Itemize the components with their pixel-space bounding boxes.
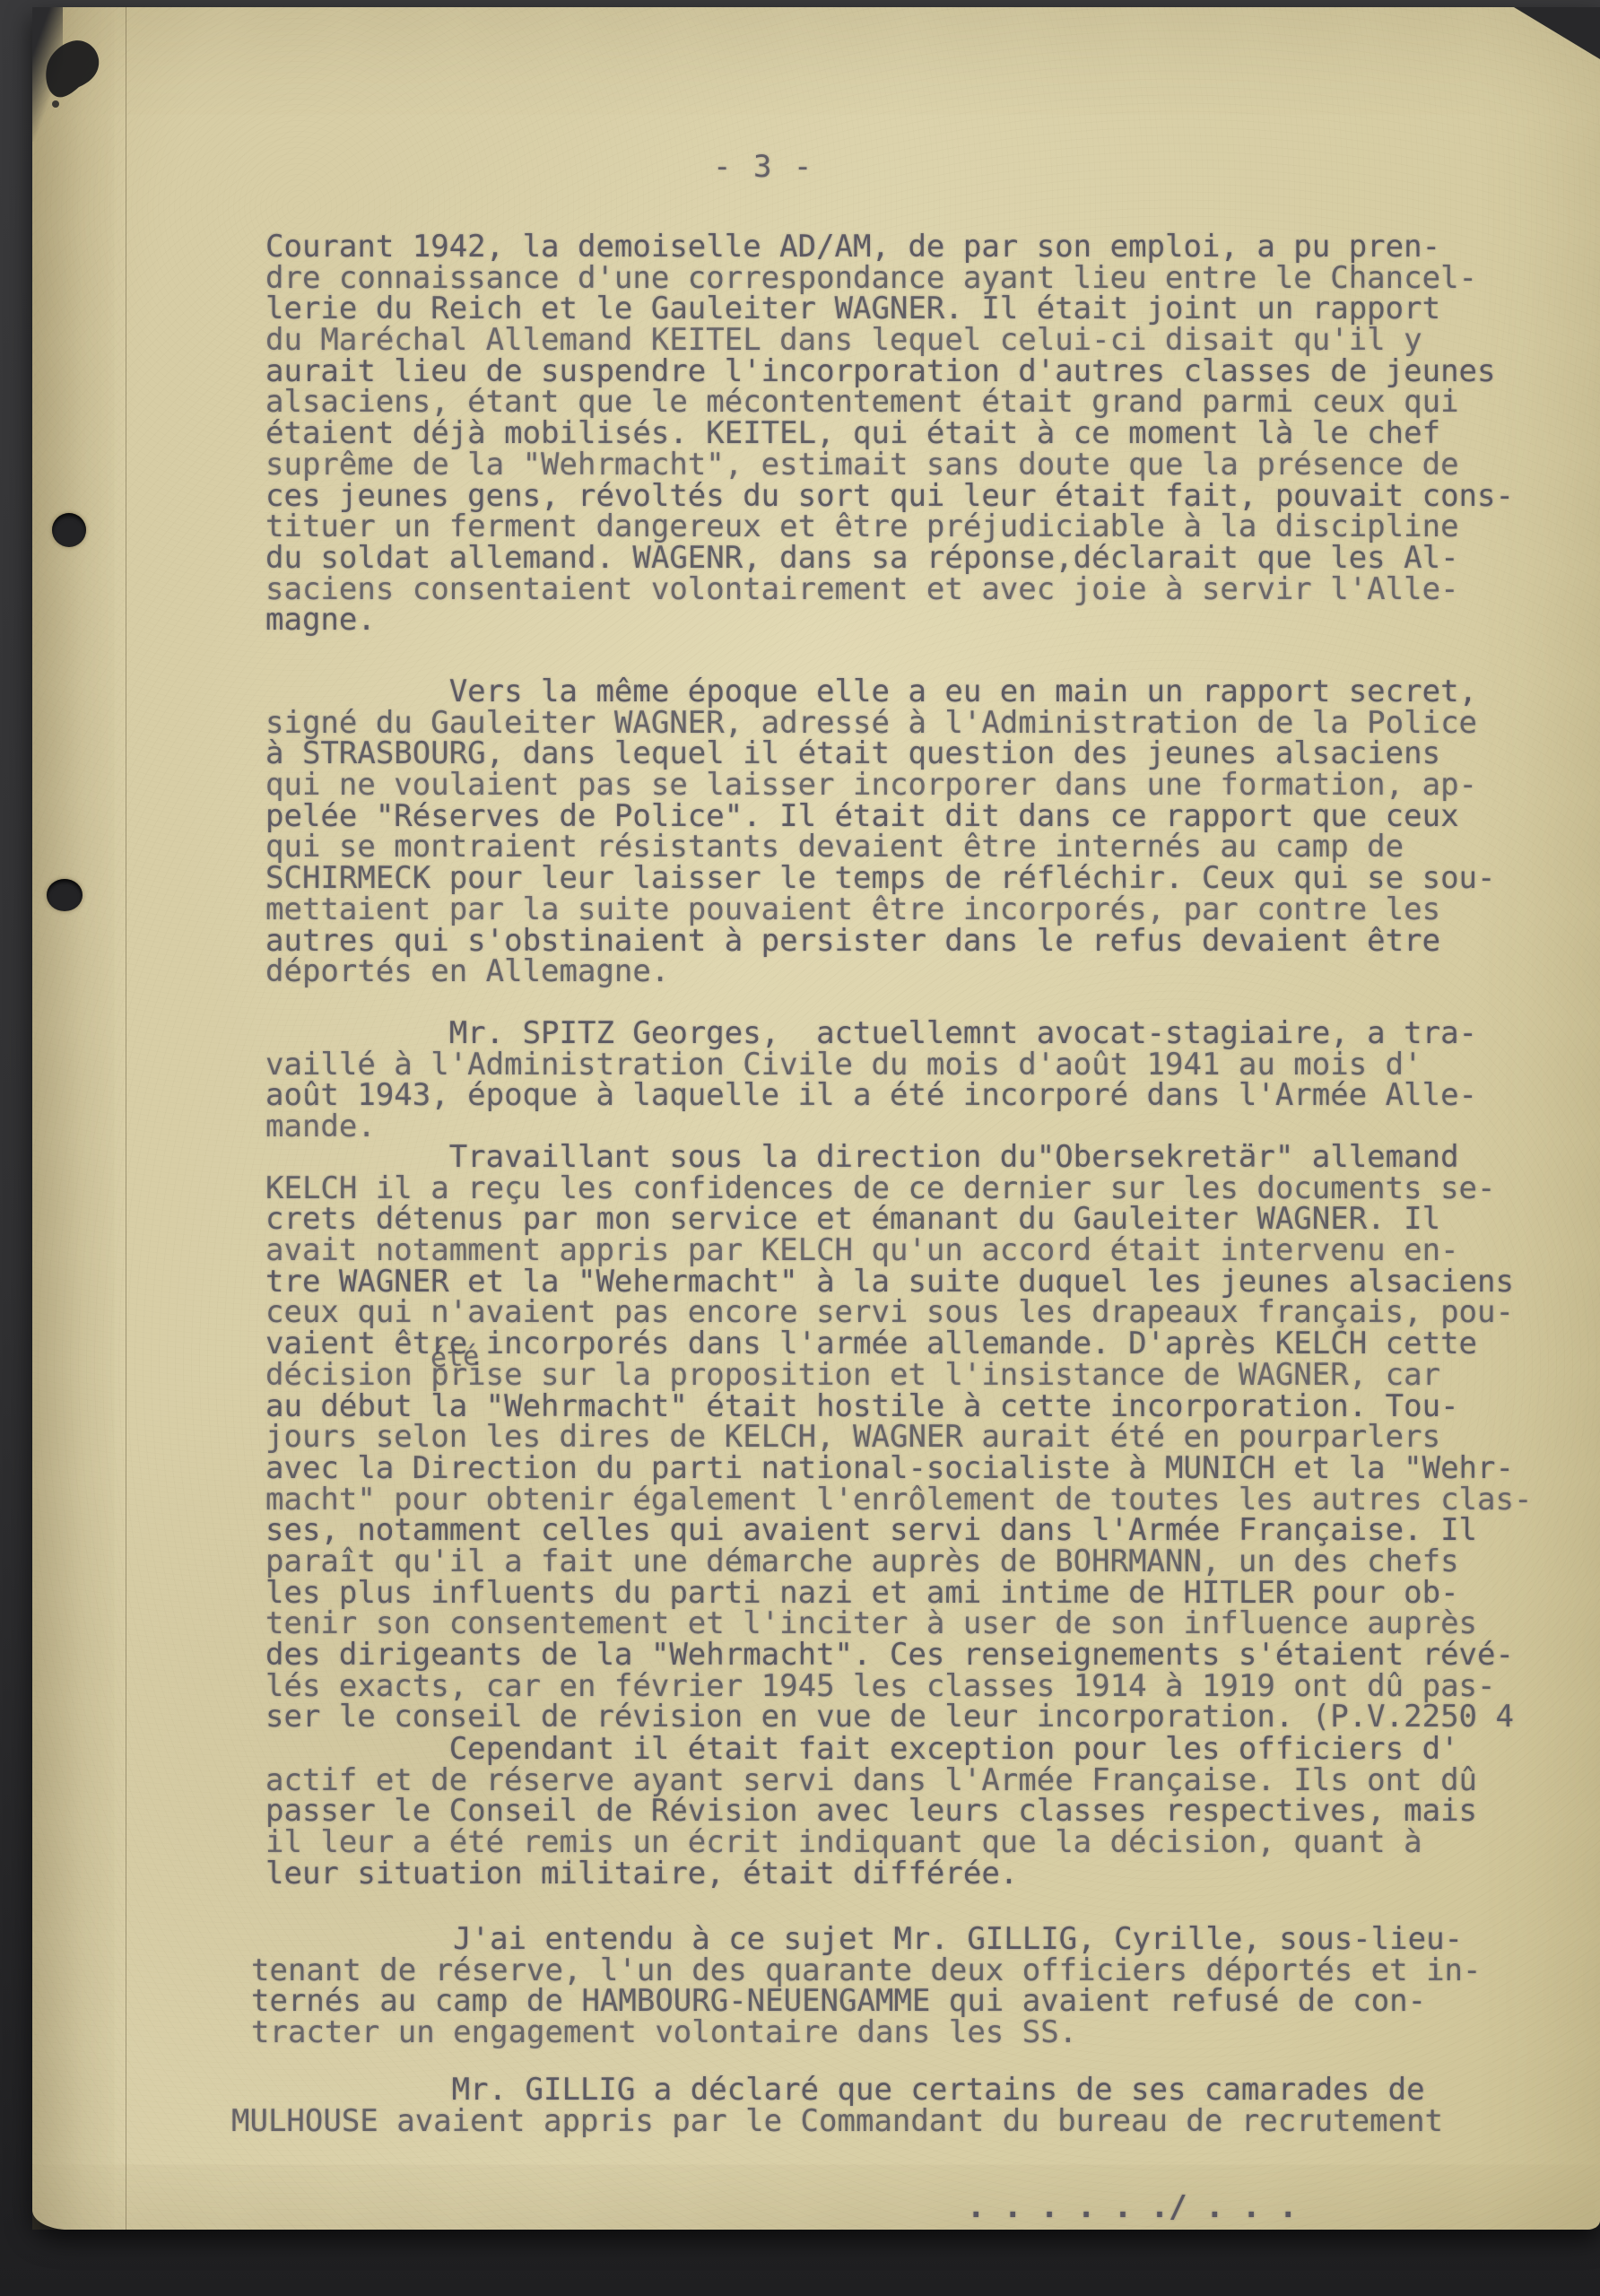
typewritten-text: - 3 - Courant 1942, la demoiselle AD/AM,… (32, 7, 1600, 2230)
text-line: déportés en Allemagne. (265, 956, 1495, 987)
paragraph-3: Mr. SPITZ Georges, actuellemnt avocat-st… (265, 1018, 1477, 1143)
text-line: mettaient par la suite pouvaient être in… (265, 894, 1495, 926)
text-line: qui ne voulaient pas se laisser incorpor… (265, 770, 1495, 801)
text-line: autres qui s'obstinaient à persister dan… (265, 926, 1495, 957)
text-line: les plus influents du parti nazi et ami … (265, 1578, 1532, 1609)
text-line: crets détenus par mon service et émanant… (265, 1204, 1532, 1235)
text-line: paraît qu'il a fait une démarche auprès … (265, 1546, 1532, 1578)
text-line: Vers la même époque elle a eu en main un… (265, 676, 1495, 708)
text-line: août 1943, époque à laquelle il a été in… (265, 1080, 1477, 1111)
text-line: actif et de réserve ayant servi dans l'A… (265, 1765, 1477, 1796)
text-line: des dirigeants de la "Wehrmacht". Ces re… (265, 1639, 1532, 1671)
text-line: jours selon les dires de KELCH, WAGNER a… (265, 1422, 1532, 1453)
paragraph-2: Vers la même époque elle a eu en main un… (265, 676, 1495, 987)
text-line: du Maréchal Allemand KEITEL dans lequel … (265, 325, 1514, 356)
paragraph-6: J'ai entendu à ce sujet Mr. GILLIG, Cyri… (251, 1924, 1481, 2048)
page-number: - 3 - (713, 149, 813, 185)
text-line: ceux qui n'avaient pas encore servi sous… (265, 1297, 1532, 1328)
text-line: pelée "Réserves de Police". Il était dit… (265, 801, 1495, 832)
text-line: aurait lieu de suspendre l'incorporation… (265, 356, 1514, 387)
text-line: signé du Gauleiter WAGNER, adressé à l'A… (265, 708, 1495, 739)
text-line: leur situation militaire, était différée… (265, 1858, 1477, 1890)
text-line: Cependant il était fait exception pour l… (265, 1734, 1477, 1765)
text-line: vaillé à l'Administration Civile du mois… (265, 1049, 1477, 1081)
text-line: suprême de la "Wehrmacht", estimait sans… (265, 449, 1514, 481)
text-line: Travaillant sous la direction du"Obersek… (265, 1142, 1532, 1173)
interline-insertion: été (430, 1341, 480, 1375)
paragraph-4: Travaillant sous la direction du"Obersek… (265, 1142, 1532, 1733)
text-line: tracter un engagement volontaire dans le… (251, 2017, 1481, 2048)
text-line: ces jeunes gens, révoltés du sort qui le… (265, 481, 1514, 512)
text-line: avait notamment appris par KELCH qu'un a… (265, 1235, 1532, 1266)
text-line: avec la Direction du parti national-soci… (265, 1453, 1532, 1484)
paragraph-5: Cependant il était fait exception pour l… (265, 1734, 1477, 1889)
paragraph-1: Courant 1942, la demoiselle AD/AM, de pa… (265, 231, 1514, 636)
text-line: au début la "Wehrmacht" était hostile à … (265, 1391, 1532, 1422)
text-line: ses, notamment celles qui avaient servi … (265, 1515, 1532, 1546)
text-line: ser le conseil de révision en vue de leu… (265, 1701, 1532, 1733)
text-line: ternés au camp de HAMBOURG-NEUENGAMME qu… (251, 1986, 1481, 2017)
text-line: tituer un ferment dangereux et être préj… (265, 511, 1514, 543)
text-line: dre connaissance d'une correspondance ay… (265, 263, 1514, 294)
text-line: macht" pour obtenir également l'enrôleme… (265, 1484, 1532, 1516)
text-line: lerie du Reich et le Gauleiter WAGNER. I… (265, 293, 1514, 325)
document-page: - 3 - Courant 1942, la demoiselle AD/AM,… (32, 7, 1600, 2230)
text-line: tenant de réserve, l'un des quarante deu… (251, 1955, 1481, 1987)
text-line: SCHIRMECK pour leur laisser le temps de … (265, 863, 1495, 894)
text-line: du soldat allemand. WAGENR, dans sa répo… (265, 543, 1514, 574)
text-line: Courant 1942, la demoiselle AD/AM, de pa… (265, 231, 1514, 263)
text-line: J'ai entendu à ce sujet Mr. GILLIG, Cyri… (251, 1924, 1481, 1955)
text-line: tenir son consentement et l'inciter à us… (265, 1608, 1532, 1639)
text-line: saciens consentaient volontairement et a… (265, 574, 1514, 605)
text-line: MULHOUSE avaient appris par le Commandan… (231, 2106, 1443, 2137)
text-line: lés exacts, car en février 1945 les clas… (265, 1671, 1532, 1702)
text-line: Mr. GILLIG a déclaré que certains de ses… (231, 2074, 1443, 2106)
text-line: Mr. SPITZ Georges, actuellemnt avocat-st… (265, 1018, 1477, 1049)
continuation-mark: . . . . . ./ . . . (967, 2189, 1297, 2225)
text-line: passer le Conseil de Révision avec leurs… (265, 1796, 1477, 1827)
text-line: tre WAGNER et la "Wehermacht" à la suite… (265, 1266, 1532, 1298)
text-line: magne. (265, 604, 1514, 636)
paragraph-7: Mr. GILLIG a déclaré que certains de ses… (231, 2074, 1443, 2136)
text-line: à STRASBOURG, dans lequel il était quest… (265, 738, 1495, 770)
text-line: qui se montraient résistants devaient êt… (265, 831, 1495, 863)
text-line: alsaciens, étant que le mécontentement é… (265, 387, 1514, 418)
text-line: KELCH il a reçu les confidences de ce de… (265, 1173, 1532, 1205)
text-line: étaient déjà mobilisés. KEITEL, qui étai… (265, 418, 1514, 449)
text-line: il leur a été remis un écrit indiquant q… (265, 1827, 1477, 1858)
text-line: mande. (265, 1111, 1477, 1143)
